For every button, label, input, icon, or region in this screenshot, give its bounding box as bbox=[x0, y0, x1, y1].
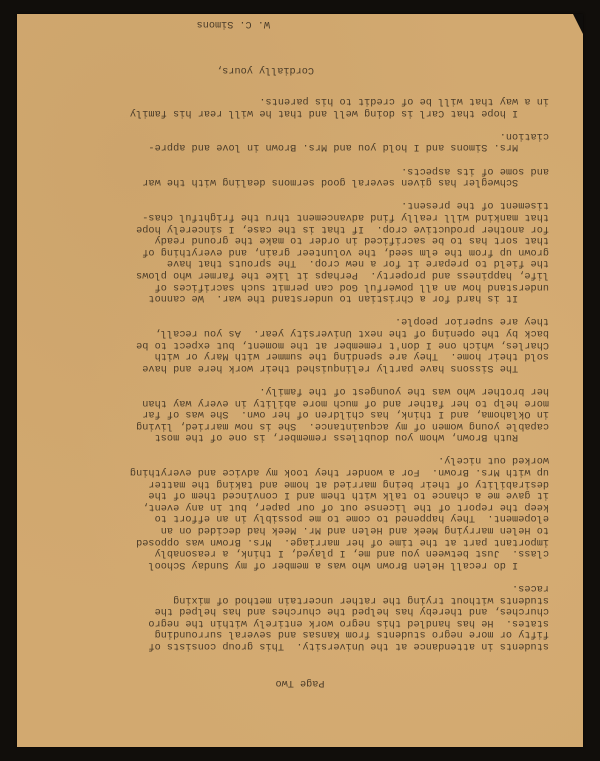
scan-background: Page Two students in attendance at the U… bbox=[0, 0, 600, 761]
text-line: and some of its aspects. bbox=[49, 164, 549, 176]
text-line: I do recall Helen Brown who was a member… bbox=[49, 558, 549, 570]
text-line: important part at the time of her marria… bbox=[49, 535, 549, 547]
text-line: up with Mrs. Brown. For a wonder they to… bbox=[49, 466, 549, 478]
text-line: it gave me a chance to talk with them an… bbox=[49, 489, 549, 501]
text-line: capable young women of my acquaintance. … bbox=[49, 419, 549, 431]
text-line: elopement. They happened to come to me p… bbox=[49, 512, 549, 524]
closing-salutation: Cordially yours, bbox=[216, 64, 314, 75]
paragraph: Mrs. Simons and I hold you and Mrs. Brow… bbox=[49, 129, 549, 152]
text-line: ciation. bbox=[49, 129, 549, 141]
text-line: back by the opening of the next Universi… bbox=[49, 326, 549, 338]
paragraph: Ruth Brown, whom you doubtless remember,… bbox=[49, 384, 549, 442]
text-line: in a way that will be of credit to his p… bbox=[49, 95, 549, 107]
signature: W. C. Simons bbox=[197, 18, 270, 29]
paragraph: I do recall Helen Brown who was a member… bbox=[49, 454, 549, 570]
text-line: students in attendance at the University… bbox=[49, 639, 549, 651]
page-heading: Page Two bbox=[17, 677, 583, 688]
text-line: more help to her father and of much more… bbox=[49, 396, 549, 408]
text-line: that mankind will really find advancemen… bbox=[49, 210, 549, 222]
text-line: for another productive crop. If that is … bbox=[49, 222, 549, 234]
text-line: Charles, which one I don't remember at t… bbox=[49, 338, 549, 350]
text-line: The Sissons have partly relinquished the… bbox=[49, 361, 549, 373]
letter-page: Page Two students in attendance at the U… bbox=[17, 14, 583, 747]
text-line: her brother who was the youngest of the … bbox=[49, 384, 549, 396]
paragraph: The Sissons have partly relinquished the… bbox=[49, 315, 549, 373]
text-line: It is hard for a Christian to understand… bbox=[49, 292, 549, 304]
text-line: they are superior people. bbox=[49, 315, 549, 327]
text-line: churches, and thereby has helped the chu… bbox=[49, 605, 549, 617]
text-line: worked out nicely. bbox=[49, 454, 549, 466]
text-line: races. bbox=[49, 581, 549, 593]
text-line: grown up from the elm seed, the voluntee… bbox=[49, 245, 549, 257]
text-line: the field to prepare it for a new crop. … bbox=[49, 257, 549, 269]
text-line: in Oklahoma, and I think, has children o… bbox=[49, 408, 549, 420]
text-line: class. Just between you and me, I played… bbox=[49, 547, 549, 559]
text-line: Ruth Brown, whom you doubtless remember,… bbox=[49, 431, 549, 443]
text-line: sold their home. They are spending the s… bbox=[49, 350, 549, 362]
text-line: tisement of the present. bbox=[49, 199, 549, 211]
paper-corner-fold bbox=[573, 14, 583, 34]
text-line: states. He has handled this negro work e… bbox=[49, 616, 549, 628]
text-line: to Helen marrying Meek and Helen and Mr.… bbox=[49, 523, 549, 535]
paragraph: Schwegler has given several good sermons… bbox=[49, 164, 549, 187]
paragraph: It is hard for a Christian to understand… bbox=[49, 199, 549, 303]
text-line: Mrs. Simons and I hold you and Mrs. Brow… bbox=[49, 141, 549, 153]
text-line: that sort has to be sacrificed in order … bbox=[49, 234, 549, 246]
text-line: keep the report of the license out of ou… bbox=[49, 500, 549, 512]
text-line: desirability of their being married at h… bbox=[49, 477, 549, 489]
text-line: life, happiness and property. Perhaps it… bbox=[49, 268, 549, 280]
text-line: fifty or more negro students from Kansas… bbox=[49, 628, 549, 640]
text-line: I hope that Carl is doing well and that … bbox=[49, 106, 549, 118]
text-line: Schwegler has given several good sermons… bbox=[49, 176, 549, 188]
text-line: understand how an all powerful God can p… bbox=[49, 280, 549, 292]
text-line: students without trying the rather uncer… bbox=[49, 593, 549, 605]
paragraph: I hope that Carl is doing well and that … bbox=[49, 95, 549, 118]
letter-body: students in attendance at the University… bbox=[49, 83, 549, 651]
paragraph: students in attendance at the University… bbox=[49, 581, 549, 651]
